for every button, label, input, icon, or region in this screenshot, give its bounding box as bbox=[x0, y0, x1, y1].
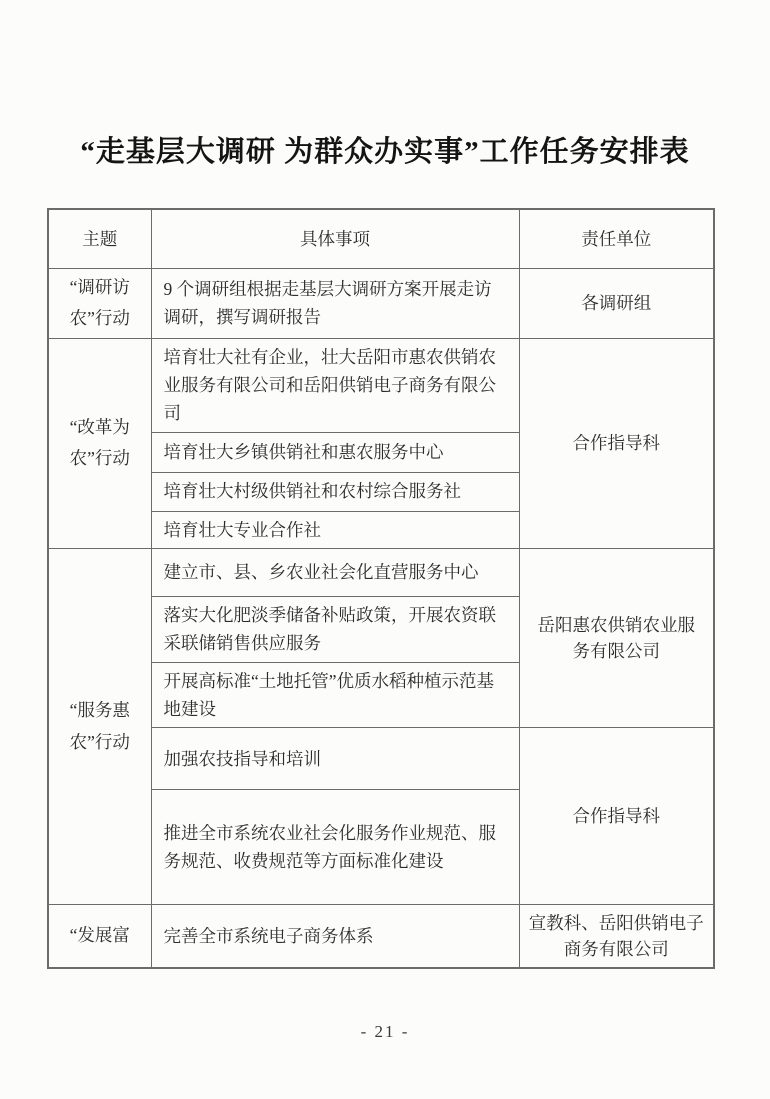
task-cell: 培育壮大乡镇供销社和惠农服务中心 bbox=[151, 432, 519, 472]
task-cell: 完善全市系统电子商务体系 bbox=[151, 905, 519, 968]
task-cell: 推进全市系统农业社会化服务作业规范、服务规范、收费规范等方面标准化建设 bbox=[151, 790, 519, 905]
task-table: 主题 具体事项 责任单位 “调研访 农”行动 9 个调研组根据走基层大调研方案开… bbox=[47, 208, 715, 969]
document-title: “走基层大调研 为群众办实事”工作任务安排表 bbox=[0, 129, 770, 170]
page-number: - 21 - bbox=[0, 1022, 770, 1042]
theme-cell-develop: “发展富 bbox=[48, 905, 151, 968]
table-row: “发展富 完善全市系统电子商务体系 宣教科、岳阳供销电子 商务有限公司 bbox=[48, 905, 714, 968]
unit-cell: 岳阳惠农供销农业服 务有限公司 bbox=[519, 548, 714, 727]
table-row: “服务惠 农”行动 建立市、县、乡农业社会化直营服务中心 岳阳惠农供销农业服 务… bbox=[48, 548, 714, 596]
unit-cell: 宣教科、岳阳供销电子 商务有限公司 bbox=[519, 905, 714, 968]
theme-cell-service: “服务惠 农”行动 bbox=[48, 548, 151, 904]
task-cell: 加强农技指导和培训 bbox=[151, 728, 519, 790]
task-cell: 建立市、县、乡农业社会化直营服务中心 bbox=[151, 548, 519, 596]
unit-cell: 合作指导科 bbox=[519, 338, 714, 548]
header-unit: 责任单位 bbox=[519, 209, 714, 268]
task-cell: 开展高标准“土地托管”优质水稻种植示范基地建设 bbox=[151, 662, 519, 728]
header-task: 具体事项 bbox=[151, 209, 519, 268]
header-theme: 主题 bbox=[48, 209, 151, 268]
task-cell: 9 个调研组根据走基层大调研方案开展走访调研，撰写调研报告 bbox=[151, 268, 519, 338]
task-cell: 落实大化肥淡季储备补贴政策，开展农资联采联储销售供应服务 bbox=[151, 596, 519, 662]
theme-cell-survey: “调研访 农”行动 bbox=[48, 268, 151, 338]
unit-cell: 合作指导科 bbox=[519, 728, 714, 905]
document-page: “走基层大调研 为群众办实事”工作任务安排表 主题 具体事项 责任单位 “调研访… bbox=[0, 0, 770, 1099]
unit-cell: 各调研组 bbox=[519, 268, 714, 338]
task-cell: 培育壮大专业合作社 bbox=[151, 511, 519, 548]
task-cell: 培育壮大村级供销社和农村综合服务社 bbox=[151, 472, 519, 511]
header-row: 主题 具体事项 责任单位 bbox=[48, 209, 714, 268]
table-row: “调研访 农”行动 9 个调研组根据走基层大调研方案开展走访调研，撰写调研报告 … bbox=[48, 268, 714, 338]
table-row: “改革为 农”行动 培育壮大社有企业，壮大岳阳市惠农供销农业服务有限公司和岳阳供… bbox=[48, 338, 714, 432]
task-cell: 培育壮大社有企业，壮大岳阳市惠农供销农业服务有限公司和岳阳供销电子商务有限公司 bbox=[151, 338, 519, 432]
theme-cell-reform: “改革为 农”行动 bbox=[48, 338, 151, 548]
